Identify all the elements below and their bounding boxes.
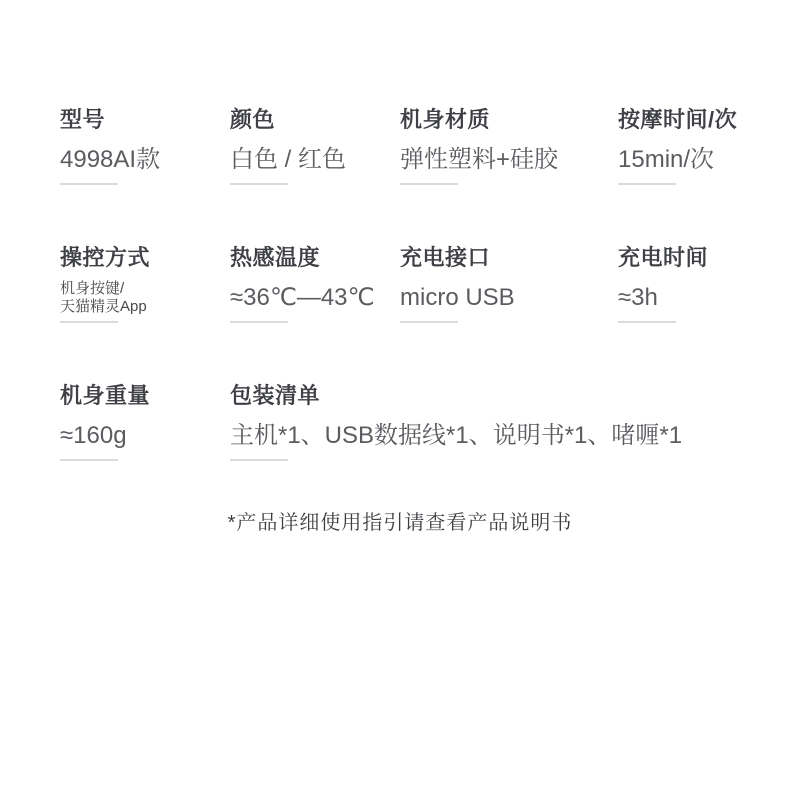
spec-label: 充电时间 <box>618 245 760 271</box>
spec-value: ≈36℃—43℃ <box>230 284 400 312</box>
divider <box>400 321 458 323</box>
divider <box>230 183 288 185</box>
spec-cell-material: 机身材质 弹性塑料+硅胶 <box>400 107 618 185</box>
spec-label: 热感温度 <box>230 245 400 271</box>
spec-cell-control-mode: 操控方式 机身按键/ 天猫精灵App <box>60 245 230 323</box>
divider <box>230 321 288 323</box>
spec-label: 机身材质 <box>400 107 618 133</box>
spec-grid: 型号 4998AI款 颜色 白色 / 红色 机身材质 弹性塑料+硅胶 按摩时间/… <box>0 0 800 461</box>
divider <box>60 459 118 461</box>
spec-cell-charge-port: 充电接口 micro USB <box>400 245 618 323</box>
spec-cell-weight: 机身重量 ≈160g <box>60 383 230 461</box>
spec-cell-model: 型号 4998AI款 <box>60 107 230 185</box>
spec-label: 操控方式 <box>60 245 230 271</box>
spec-value: 4998AI款 <box>60 146 230 174</box>
spec-cell-color: 颜色 白色 / 红色 <box>230 107 400 185</box>
spec-value: ≈160g <box>60 422 230 450</box>
spec-cell-massage-time: 按摩时间/次 15min/次 <box>618 107 760 185</box>
spec-label: 颜色 <box>230 107 400 133</box>
spec-value: micro USB <box>400 284 618 312</box>
spec-value: ≈3h <box>618 284 760 312</box>
spec-label: 按摩时间/次 <box>618 107 760 133</box>
spec-cell-package-list: 包装清单 主机*1、USB数据线*1、说明书*1、啫喱*1 <box>230 383 760 461</box>
divider <box>618 321 676 323</box>
divider <box>230 459 288 461</box>
spec-value: 白色 / 红色 <box>230 146 400 174</box>
spec-label: 包装清单 <box>230 383 760 409</box>
spec-label: 型号 <box>60 107 230 133</box>
spec-cell-heat-temperature: 热感温度 ≈36℃—43℃ <box>230 245 400 323</box>
divider <box>60 321 118 323</box>
spec-value: 主机*1、USB数据线*1、说明书*1、啫喱*1 <box>230 422 760 450</box>
divider <box>618 183 676 185</box>
spec-label: 机身重量 <box>60 383 230 409</box>
spec-value-line: 机身按键/ <box>60 280 230 298</box>
spec-value-line: 天猫精灵App <box>60 298 230 316</box>
divider <box>60 183 118 185</box>
spec-label: 充电接口 <box>400 245 618 271</box>
spec-value: 15min/次 <box>618 146 760 174</box>
footer-usage-note: *产品详细使用指引请查看产品说明书 <box>0 511 800 535</box>
spec-value: 弹性塑料+硅胶 <box>400 146 618 174</box>
product-spec-page: 型号 4998AI款 颜色 白色 / 红色 机身材质 弹性塑料+硅胶 按摩时间/… <box>0 0 800 800</box>
spec-cell-charge-time: 充电时间 ≈3h <box>618 245 760 323</box>
divider <box>400 183 458 185</box>
